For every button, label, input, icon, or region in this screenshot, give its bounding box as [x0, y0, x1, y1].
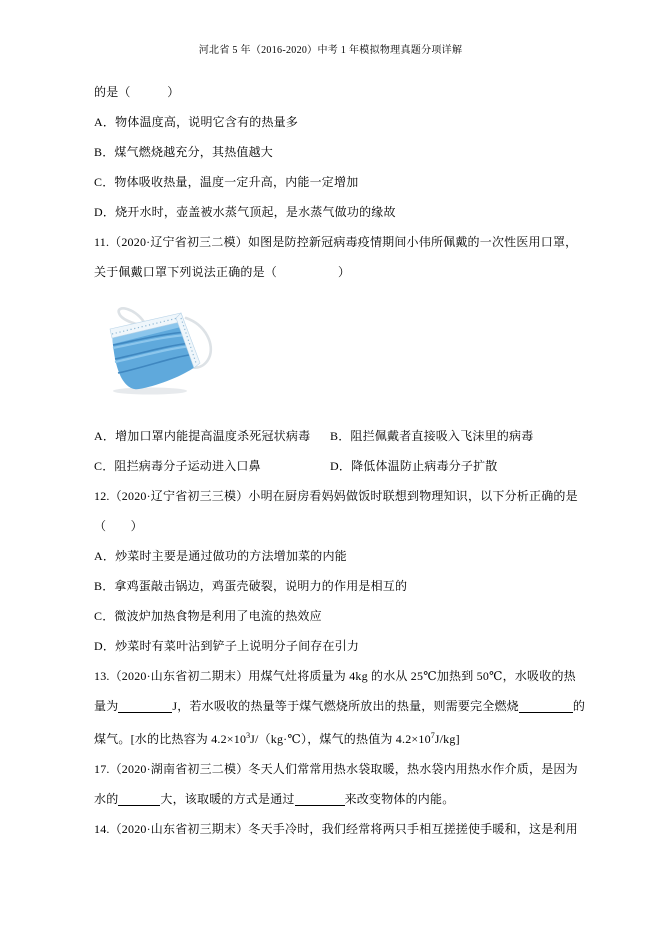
- document-content: 的是（ ） A．物体温度高，说明它含有的热量多 B．煤气燃烧越充分，其热值越大 …: [94, 77, 567, 844]
- q11-stem-line2: 关于佩戴口罩下列说法正确的是（ ）: [94, 257, 567, 287]
- q11-option-d: D．降低体温防止病毒分子扩散: [330, 451, 497, 481]
- q11-stem-line1: 11.（2020·辽宁省初三二模）如图是防控新冠病毒疫情期间小伟所佩戴的一次性医…: [94, 227, 567, 257]
- q17-line2-text-pre: 水的: [94, 792, 118, 806]
- q13-stem-line3: 煤气。[水的比热容为 4.2×103J/（kg·℃），煤气的热值为 4.2×10…: [94, 721, 567, 754]
- q11-option-b: B．阻拦佩戴者直接吸入飞沫里的病毒: [330, 421, 533, 451]
- q10-stem-continuation: 的是（ ）: [94, 77, 567, 107]
- q13-line2-text-mid: J，若水吸收的热量等于煤气燃烧所放出的热量，则需要完全燃烧: [172, 699, 518, 713]
- q11-options-row2: C．阻拦病毒分子运动进入口鼻 D．降低体温防止病毒分子扩散: [94, 451, 567, 481]
- q17-stem-line2: 水的大，该取暖的方式是通过来改变物体的内能。: [94, 784, 567, 814]
- q17-fill-blank-2: [295, 791, 345, 806]
- q10-option-b: B．煤气燃烧越充分，其热值越大: [94, 137, 567, 167]
- q13-line3-text-mid: J/（kg·℃），煤气的热值为 4.2×10: [250, 732, 431, 746]
- q13-stem-line2: 量为J，若水吸收的热量等于煤气燃烧所放出的热量，则需要完全燃烧的: [94, 691, 567, 721]
- q13-line2-text-pre: 量为: [94, 699, 118, 713]
- q12-option-b: B．拿鸡蛋敲击锅边，鸡蛋壳破裂，说明力的作用是相互的: [94, 571, 567, 601]
- q17-line2-text-post: 来改变物体的内能。: [345, 792, 455, 806]
- q13-line2-text-post: 的: [573, 699, 585, 713]
- q12-option-a: A．炒菜时主要是通过做功的方法增加菜的内能: [94, 541, 567, 571]
- q13-line3-text-pre: 煤气。[水的比热容为 4.2×10: [94, 732, 246, 746]
- q10-option-d: D．烧开水时，壶盖被水蒸气顶起，是水蒸气做功的缘故: [94, 197, 567, 227]
- q12-option-d: D．炒菜时有菜叶沾到铲子上说明分子间存在引力: [94, 631, 567, 661]
- q17-fill-blank-1: [118, 791, 160, 806]
- q17-stem-line1: 17.（2020·湖南省初三二模）冬天人们常常用热水袋取暖，热水袋内用热水作介质…: [94, 754, 567, 784]
- q17-line2-text-mid: 大，该取暖的方式是通过: [160, 792, 294, 806]
- q11-options-row1: A．增加口罩内能提高温度杀死冠状病毒 B．阻拦佩戴者直接吸入飞沫里的病毒: [94, 421, 567, 451]
- document-page: 河北省 5 年（2016-2020）中考 1 年模拟物理真题分项详解 的是（ ）…: [0, 0, 661, 935]
- q14-stem-line1: 14.（2020·山东省初三期末）冬天手冷时，我们经常将两只手相互搓搓使手暖和，…: [94, 814, 567, 844]
- q13-line3-text-post: J/kg]: [435, 732, 460, 746]
- q13-fill-blank-2: [519, 698, 573, 713]
- q11-mask-figure: [98, 301, 228, 397]
- disposable-medical-mask-image: [98, 301, 222, 397]
- q12-stem-line1: 12.（2020·辽宁省初三三模）小明在厨房看妈妈做饭时联想到物理知识，以下分析…: [94, 481, 567, 511]
- q10-option-c: C．物体吸收热量，温度一定升高，内能一定增加: [94, 167, 567, 197]
- q12-stem-line2: （ ）: [94, 511, 567, 541]
- mask-shadow: [113, 388, 187, 395]
- q11-option-c: C．阻拦病毒分子运动进入口鼻: [94, 451, 330, 481]
- q13-stem-line1: 13.（2020·山东省初二期末）用煤气灶将质量为 4kg 的水从 25℃加热到…: [94, 661, 567, 691]
- q12-option-c: C．微波炉加热食物是利用了电流的热效应: [94, 601, 567, 631]
- q13-fill-blank-1: [118, 698, 172, 713]
- q11-option-a: A．增加口罩内能提高温度杀死冠状病毒: [94, 421, 330, 451]
- document-header-title: 河北省 5 年（2016-2020）中考 1 年模拟物理真题分项详解: [0, 0, 661, 57]
- q10-option-a: A．物体温度高，说明它含有的热量多: [94, 107, 567, 137]
